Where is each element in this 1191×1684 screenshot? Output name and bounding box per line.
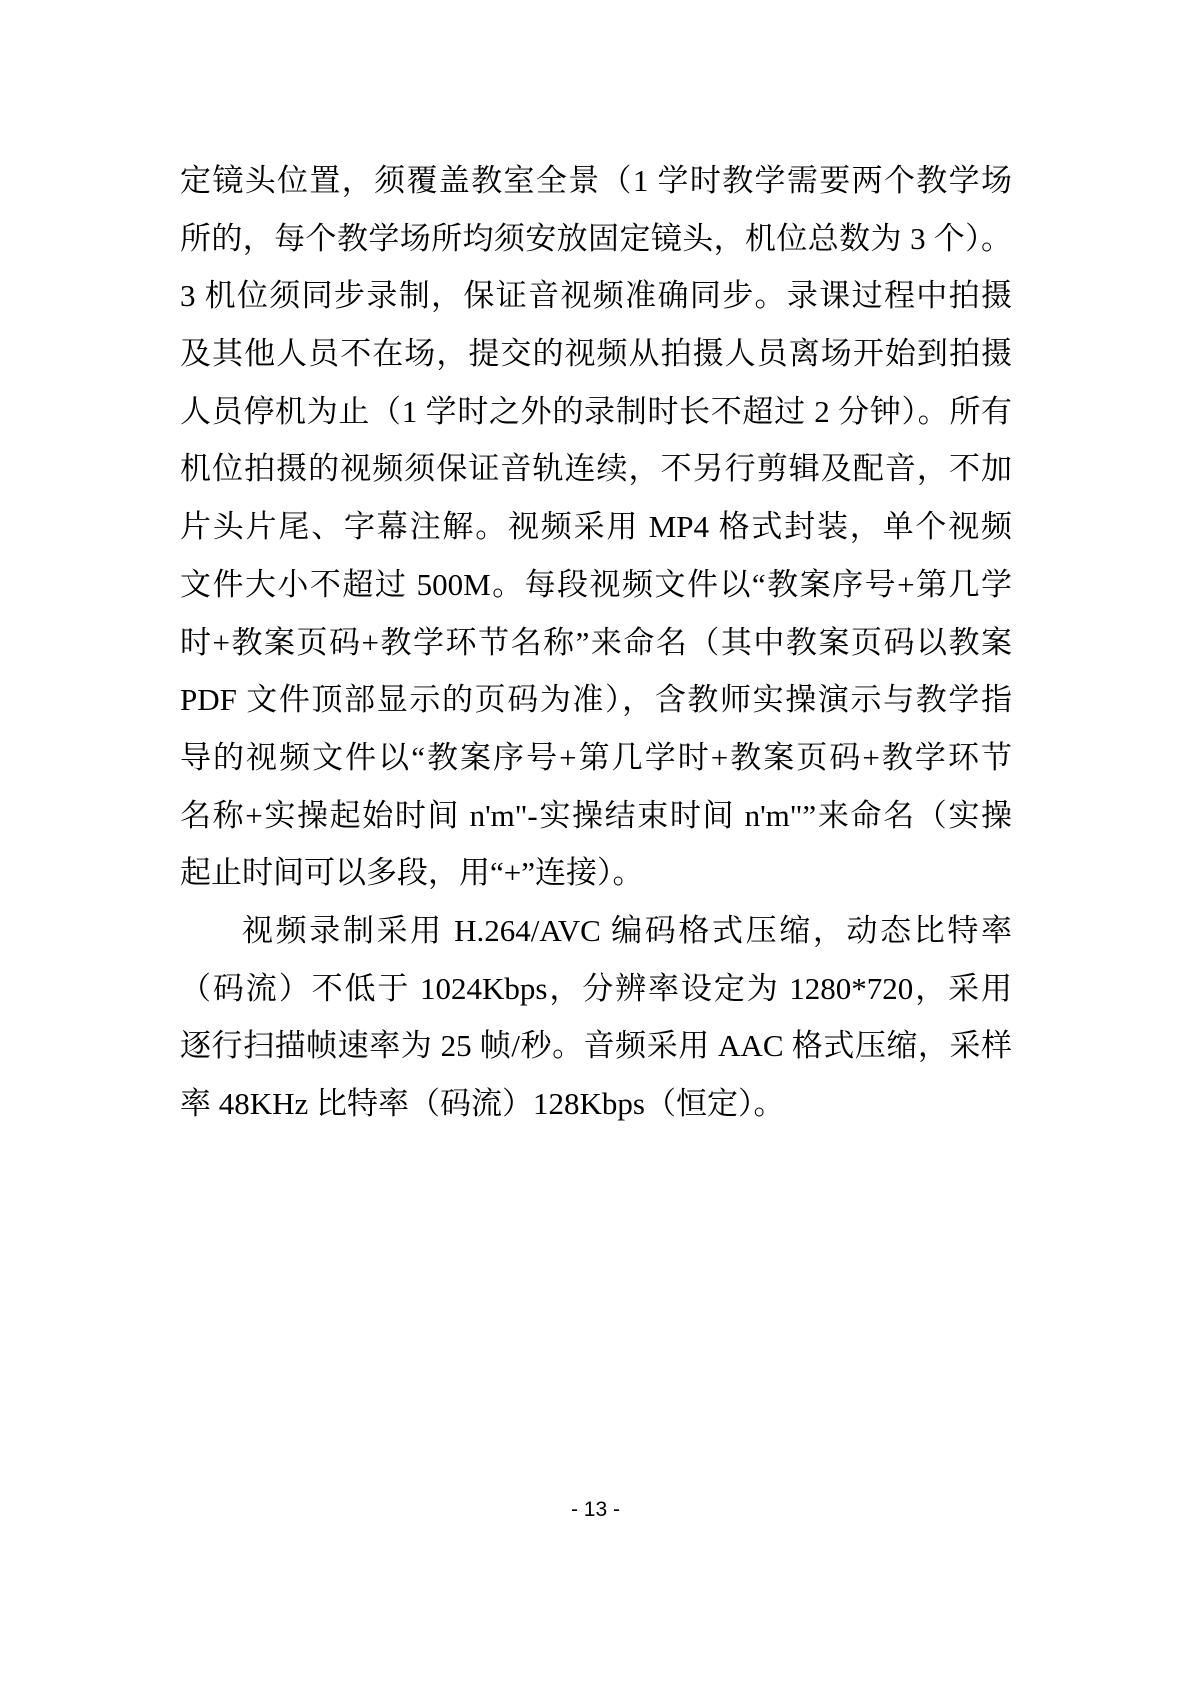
text-line: 所的，每个教学场所均须安放固定镜头，机位总数为 3 个）。 xyxy=(180,210,1012,268)
text-line: 人员停机为止（1 学时之外的录制时长不超过 2 分钟）。所有 xyxy=(180,383,1012,441)
document-page: 定镜头位置，须覆盖教室全景（1 学时教学需要两个教学场 所的，每个教学场所均须安… xyxy=(0,0,1191,1684)
text-line: （码流）不低于 1024Kbps，分辨率设定为 1280*720，采用 xyxy=(180,960,1012,1018)
text-line-paragraph-end: 起止时间可以多段，用“+”连接）。 xyxy=(180,844,1012,902)
text-line: 时+教案页码+教学环节名称”来命名（其中教案页码以教案 xyxy=(180,614,1012,672)
body-text: 定镜头位置，须覆盖教室全景（1 学时教学需要两个教学场 所的，每个教学场所均须安… xyxy=(180,152,1012,1133)
text-line: 机位拍摄的视频须保证音轨连续，不另行剪辑及配音，不加 xyxy=(180,440,1012,498)
text-line: 名称+实操起始时间 n'm"-实操结束时间 n'm"”来命名（实操 xyxy=(180,787,1012,845)
text-line-paragraph-start: 视频录制采用 H.264/AVC 编码格式压缩，动态比特率 xyxy=(180,902,1012,960)
text-line: 文件大小不超过 500M。每段视频文件以“教案序号+第几学 xyxy=(180,556,1012,614)
text-line: 逐行扫描帧速率为 25 帧/秒。音频采用 AAC 格式压缩，采样 xyxy=(180,1017,1012,1075)
text-line: 3 机位须同步录制，保证音视频准确同步。录课过程中拍摄 xyxy=(180,267,1012,325)
text-line: 片头片尾、字幕注解。视频采用 MP4 格式封装，单个视频 xyxy=(180,498,1012,556)
page-number: - 13 - xyxy=(0,1496,1191,1524)
text-line: 及其他人员不在场，提交的视频从拍摄人员离场开始到拍摄 xyxy=(180,325,1012,383)
text-line: 导的视频文件以“教案序号+第几学时+教案页码+教学环节 xyxy=(180,729,1012,787)
text-line-paragraph-end: 率 48KHz 比特率（码流）128Kbps（恒定）。 xyxy=(180,1075,1012,1133)
text-line: 定镜头位置，须覆盖教室全景（1 学时教学需要两个教学场 xyxy=(180,152,1012,210)
text-line: PDF 文件顶部显示的页码为准），含教师实操演示与教学指 xyxy=(180,671,1012,729)
